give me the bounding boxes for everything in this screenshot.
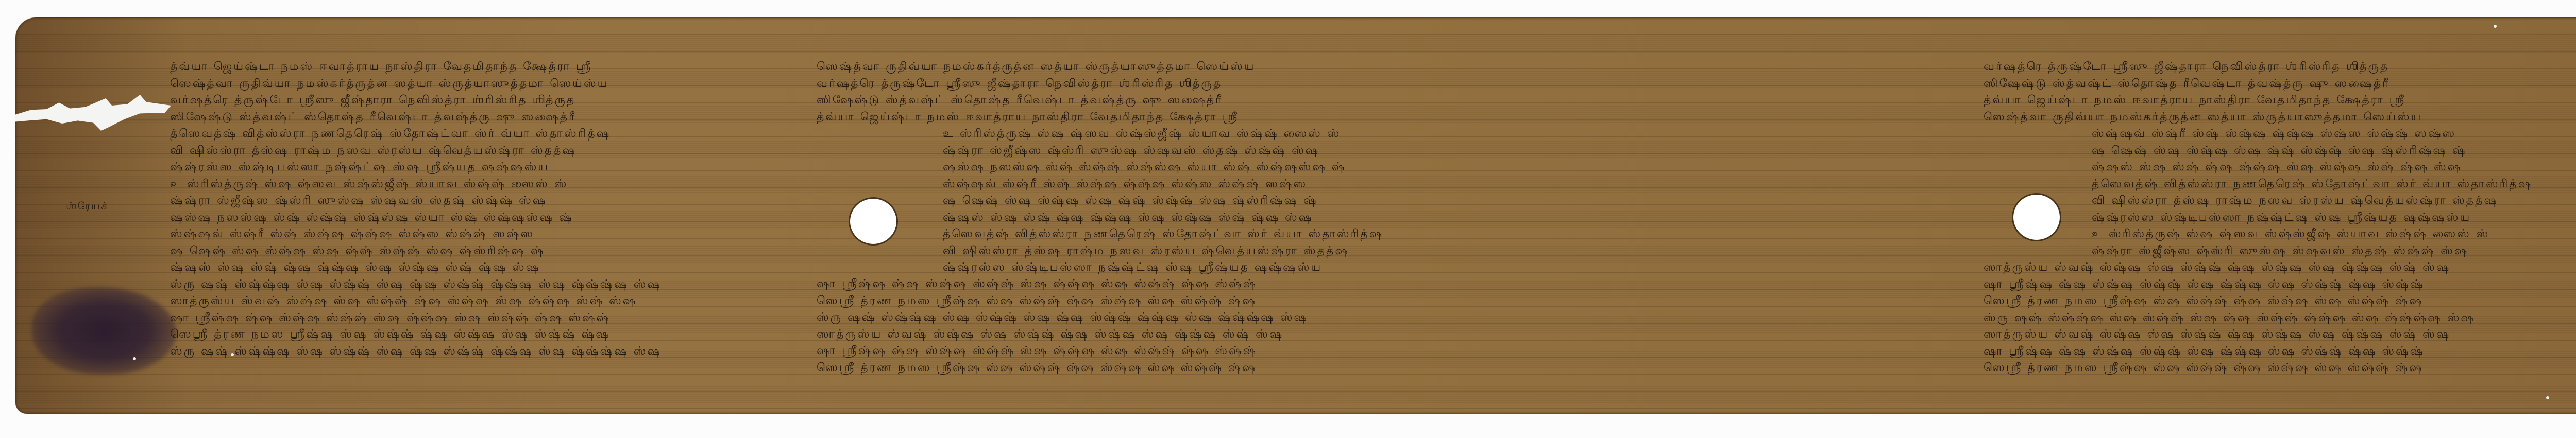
text-column-1: த்வ்யா ஜெய்ஷ்டா நமஸ் ஈவாத்ராய நாஸ்திரா வ…: [170, 59, 817, 360]
text-line: ஸ்ரு ஷஷ் ஸ்ஷ்ஷ்ஷ ஸ்ஷ ஸ்ஷ்ஷ் ஸ்ஷ ஷ்ஷ ஸ்ஷ்…: [170, 276, 817, 293]
text-line: த்ஸெவத்ஷ் வித்ஸ்ஸ்ரா நணதெரெஷ் ஸ்தோஷ்ட்வா…: [943, 226, 1955, 243]
text-line: ஸ்ஷ்ஷவ் ஸ்ஷ்ரீ ஸ்ஷ் ஸ்ஷ்ஷ ஷ்ஷ்ஷ ஸ்ஷ்ஸ ஸ்…: [943, 176, 1955, 193]
pin-hole: [133, 357, 136, 360]
text-line: ஷ்ஷ்ரஸ்ஸ ஸ்ஷ்டிபஸ்ஸா நஷ்ஷ்ட்ஷ ஸ்ஷ ஸ்ரீஷ்…: [943, 259, 1955, 276]
text-line: ஷா ஸ்ரீஷ்ஷ ஷ்ஷ ஸ்ஷ்ஷ ஸ்ஷ்ஷ் ஸ்ஷ ஷ்ஷ்ஷ ஸ்…: [1984, 276, 2576, 293]
binding-hole-left: [850, 199, 896, 244]
text-line: ஷ ஷெஷ் ஸ்ஷ ஸ்ஷ்ஷ ஸ்ஷ ஷ்ஷ் ஸ்ஷ்ஷ் ஸ்ஷ ஷ்ஸ…: [2092, 143, 2576, 160]
text-line: ஸெஷ்த்வா ருதிவ்யா நமஸ்கர்த்ருத்ன ஸத்யா ஸ…: [170, 76, 817, 93]
text-line: வி ஷிஸ்ஸ்ரா த்ஸ்ஷ ராஷ்ம நஸவ ஸ்ரஸ்ய ஷ்வெத…: [170, 143, 817, 160]
text-line: ஸ்ரு ஷஷ் ஸ்ஷ்ஷ்ஷ ஸ்ஷ ஸ்ஷ்ஷ் ஸ்ஷ ஷ்ஷ ஸ்ஷ்…: [817, 309, 1984, 326]
text-line: ஷ்ஷ்ரஸ்ஸ ஸ்ஷ்டிபஸ்ஸா நஷ்ஷ்ட்ஷ ஸ்ஷ ஸ்ரீஷ்…: [2092, 209, 2576, 226]
text-line: ஷா ஸ்ரீஷ்ஷ ஷ்ஷ ஸ்ஷ்ஷ ஸ்ஷ்ஷ் ஸ்ஷ ஷ்ஷ்ஷ ஸ்…: [817, 343, 1984, 360]
text-line: ஸெஸ்ரீ த்ரண நமஸ ஸ்ரீஷ்ஷ ஸ்ஷ ஸ்ஷ்ஷ் ஷ்ஷ ஸ…: [1984, 293, 2576, 310]
text-line: ஷ ஷெஷ் ஸ்ஷ ஸ்ஷ்ஷ ஸ்ஷ ஷ்ஷ் ஸ்ஷ்ஷ் ஸ்ஷ ஷ்ஸ…: [170, 243, 817, 260]
text-column-3-bottom: ஸாத்ருஸ்ய ஸ்வஷ் ஸ்ஷ்ஷ ஸ்ஷ ஸ்ஷ்ஷ் ஷ்ஷ ஸ்ஷ…: [1984, 259, 2576, 377]
text-column-3-split: ஸ்ஷ்ஷவ் ஸ்ஷ்ரீ ஸ்ஷ் ஸ்ஷ்ஷ ஷ்ஷ்ஷ ஸ்ஷ்ஸ ஸ்…: [2092, 126, 2576, 259]
text-line: உ ஸ்ரிஸ்த்ருஷ் ஸ்ஷ ஷ்ஸவ ஸ்ஷ்ஸ்ஜீஷ் ஸ்யாவ…: [2092, 226, 2576, 243]
text-band-bottom-1: ஷா ஸ்ரீஷ்ஷ ஷ்ஷ ஸ்ஷ்ஷ ஸ்ஷ்ஷ் ஸ்ஷ ஷ்ஷ்ஷ ஸ்…: [817, 276, 1984, 376]
text-line: ஸெஸ்ரீ த்ரண நமஸ ஸ்ரீஷ்ஷ ஸ்ஷ ஸ்ஷ்ஷ் ஷ்ஷ ஸ…: [1984, 360, 2576, 377]
text-line: ஸெஷ்த்வா ருதிவ்யா நமஸ்கர்த்ருத்ன ஸத்யா ஸ…: [817, 59, 1984, 76]
text-line: த்ஸெவத்ஷ் வித்ஸ்ஸ்ரா நணதெரெஷ் ஸ்தோஷ்ட்வா…: [170, 126, 817, 143]
text-line: ஷ்ஷ்ரஸ்ஸ ஸ்ஷ்டிபஸ்ஸா நஷ்ஷ்ட்ஷ ஸ்ஷ ஸ்ரீஷ்…: [170, 159, 817, 176]
text-line: ஷா ஸ்ரீஷ்ஷ ஷ்ஷ ஸ்ஷ்ஷ ஸ்ஷ்ஷ் ஸ்ஷ ஷ்ஷ்ஷ ஸ்…: [817, 276, 1984, 293]
text-line: உ ஸ்ரிஸ்த்ருஷ் ஸ்ஷ ஷ்ஸவ ஸ்ஷ்ஸ்ஜீஷ் ஸ்யாவ…: [170, 176, 817, 193]
text-line: ஷ்ஷஸ் ஸ்ஷ ஸ்ஷ் ஷ்ஷ ஷ்ஷ்ஷ ஸ்ஷ ஸ்ஷ்ஷ ஸ்ஷ் …: [170, 259, 817, 276]
text-line: ஸெஸ்ரீ த்ரண நமஸ ஸ்ரீஷ்ஷ ஸ்ஷ ஸ்ஷ்ஷ் ஷ்ஷ ஸ…: [817, 360, 1984, 377]
palm-leaf: ஶ்ரேயக் த்வ்யா ஜெய்ஷ்டா நமஸ் ஈவாத்ராய நா…: [15, 17, 2576, 414]
text-line: ஸெஸ்ரீ த்ரண நமஸ ஸ்ரீஷ்ஷ ஸ்ஷ ஸ்ஷ்ஷ் ஷ்ஷ ஸ…: [817, 293, 1984, 310]
text-line: ஷ்ஷ்ரா ஸ்ஜீஷ்ஸ ஷ்ஸ்ரி ஸுஸ்ஷ ஸ்ஷவஸ் ஸ்தஷ்…: [2092, 243, 2576, 260]
text-line: ஸாத்ருஸ்ய ஸ்வஷ் ஸ்ஷ்ஷ ஸ்ஷ ஸ்ஷ்ஷ் ஷ்ஷ ஸ்ஷ…: [170, 293, 817, 310]
text-column-2: உ ஸ்ரிஸ்த்ருஷ் ஸ்ஷ ஷ்ஸவ ஸ்ஷ்ஸ்ஜீஷ் ஸ்யாவ…: [943, 126, 1955, 276]
binding-hole-right: [2013, 195, 2060, 240]
text-line: ஷ்ஷ்ரா ஸ்ஜீஷ்ஸ ஷ்ஸ்ரி ஸுஸ்ஷ ஸ்ஷவஸ் ஸ்தஷ்…: [170, 192, 817, 209]
text-line: ஷ ஷெஷ் ஸ்ஷ ஸ்ஷ்ஷ ஸ்ஷ ஷ்ஷ் ஸ்ஷ்ஷ் ஸ்ஷ ஷ்ஸ…: [943, 192, 1955, 209]
text-line: ஷஸ்ஷ நஸஸ்ஷ ஸ்ஷ் ஸ்ஷ்ஷ் ஸ்ஷ்ஸ்ஷ ஸ்யா ஸ்ஷ்…: [943, 159, 1955, 176]
text-line: ஷ்ஷஸ் ஸ்ஷ ஸ்ஷ் ஷ்ஷ ஷ்ஷ்ஷ ஸ்ஷ ஸ்ஷ்ஷ ஸ்ஷ் …: [943, 209, 1955, 226]
text-band-top-1: ஸெஷ்த்வா ருதிவ்யா நமஸ்கர்த்ருத்ன ஸத்யா ஸ…: [817, 59, 1984, 126]
pin-hole: [231, 353, 234, 356]
text-line: ஸிஷேஷ்டு ஸ்த்வஷ்ட் ஸ்தொஷ்த ரீவெஷ்டா த்வஷ…: [817, 92, 1984, 109]
text-line: ஷஸ்ஷ நஸஸ்ஷ ஸ்ஷ் ஸ்ஷ்ஷ் ஸ்ஷ்ஸ்ஷ ஸ்யா ஸ்ஷ்…: [170, 209, 817, 226]
text-line: ஸாத்ருஸ்ய ஸ்வஷ் ஸ்ஷ்ஷ ஸ்ஷ ஸ்ஷ்ஷ் ஷ்ஷ ஸ்ஷ…: [817, 326, 1984, 343]
text-line: ஸ்ரு ஷஷ் ஸ்ஷ்ஷ்ஷ ஸ்ஷ ஸ்ஷ்ஷ் ஸ்ஷ ஷ்ஷ ஸ்ஷ்…: [1984, 310, 2576, 327]
pin-hole: [2494, 25, 2497, 28]
text-line: வர்ஷத்ரெ த்ருஷ்டோ ஶ்ரீஸு ஜீஷ்தாரா நெவிஸ்…: [170, 92, 817, 109]
text-line: ஸிஷேஷ்டு ஸ்த்வஷ்ட் ஸ்தொஷ்த ரீவெஷ்டா த்வஷ…: [1984, 76, 2576, 93]
text-line: த்வ்யா ஜெய்ஷ்டா நமஸ் ஈவாத்ராய நாஸ்திரா வ…: [817, 109, 1984, 126]
text-line: உ ஸ்ரிஸ்த்ருஷ் ஸ்ஷ ஷ்ஸவ ஸ்ஷ்ஸ்ஜீஷ் ஸ்யாவ…: [943, 126, 1955, 143]
text-line: ஷ்ஷ்ரா ஸ்ஜீஷ்ஸ ஷ்ஸ்ரி ஸுஸ்ஷ ஸ்ஷவஸ் ஸ்தஷ்…: [943, 143, 1955, 160]
ink-stain: [32, 287, 176, 375]
margin-note: ஶ்ரேயக்: [66, 200, 109, 214]
leaf-tear-damage: [15, 95, 171, 131]
text-line: த்வ்யா ஜெய்ஷ்டா நமஸ் ஈவாத்ராய நாஸ்திரா வ…: [170, 59, 817, 76]
text-line: ஷா ஸ்ரீஷ்ஷ ஷ்ஷ ஸ்ஷ்ஷ ஸ்ஷ்ஷ் ஸ்ஷ ஷ்ஷ்ஷ ஸ்…: [1984, 343, 2576, 360]
text-line: ஸாத்ருஸ்ய ஸ்வஷ் ஸ்ஷ்ஷ ஸ்ஷ ஸ்ஷ்ஷ் ஷ்ஷ ஸ்ஷ…: [1984, 259, 2576, 276]
text-column-3: வர்ஷத்ரெ த்ருஷ்டோ ஶ்ரீஸு ஜீஷ்தாரா நெவிஸ்…: [1984, 59, 2576, 126]
text-line: ஸிஷேஷ்டு ஸ்த்வஷ்ட் ஸ்தொஷ்த ரீவெஷ்டா த்வஷ…: [170, 109, 817, 126]
text-line: த்ஸெவத்ஷ் வித்ஸ்ஸ்ரா நணதெரெஷ் ஸ்தோஷ்ட்வா…: [2092, 176, 2576, 193]
text-line: ஸ்ஷ்ஷவ் ஸ்ஷ்ரீ ஸ்ஷ் ஸ்ஷ்ஷ ஷ்ஷ்ஷ ஸ்ஷ்ஸ ஸ்…: [170, 226, 817, 243]
text-line: ஸெஸ்ரீ த்ரண நமஸ ஸ்ரீஷ்ஷ ஸ்ஷ ஸ்ஷ்ஷ் ஷ்ஷ ஸ…: [170, 326, 817, 343]
text-line: வர்ஷத்ரெ த்ருஷ்டோ ஶ்ரீஸு ஜீஷ்தாரா நெவிஸ்…: [817, 76, 1984, 93]
text-line: த்வ்யா ஜெய்ஷ்டா நமஸ் ஈவாத்ராய நாஸ்திரா வ…: [1984, 92, 2576, 109]
text-line: ஸெஷ்த்வா ருதிவ்யா நமஸ்கர்த்ருத்ன ஸத்யா ஸ…: [1984, 109, 2576, 126]
text-line: வர்ஷத்ரெ த்ருஷ்டோ ஶ்ரீஸு ஜீஷ்தாரா நெவிஸ்…: [1984, 59, 2576, 76]
text-line: ஷா ஸ்ரீஷ்ஷ ஷ்ஷ ஸ்ஷ்ஷ ஸ்ஷ்ஷ் ஸ்ஷ ஷ்ஷ்ஷ ஸ்…: [170, 310, 817, 327]
text-line: ஸாத்ருஸ்ய ஸ்வஷ் ஸ்ஷ்ஷ ஸ்ஷ ஸ்ஷ்ஷ் ஷ்ஷ ஸ்ஷ…: [1984, 326, 2576, 343]
text-line: வி ஷிஸ்ஸ்ரா த்ஸ்ஷ ராஷ்ம நஸவ ஸ்ரஸ்ய ஷ்வெத…: [2092, 192, 2576, 209]
text-line: வி ஷிஸ்ஸ்ரா த்ஸ்ஷ ராஷ்ம நஸவ ஸ்ரஸ்ய ஷ்வெத…: [943, 243, 1955, 260]
pin-hole: [2546, 396, 2549, 399]
text-line: ஸ்ஷ்ஷவ் ஸ்ஷ்ரீ ஸ்ஷ் ஸ்ஷ்ஷ ஷ்ஷ்ஷ ஸ்ஷ்ஸ ஸ்…: [2092, 126, 2576, 143]
text-line: ஸ்ரு ஷஷ் ஸ்ஷ்ஷ்ஷ ஸ்ஷ ஸ்ஷ்ஷ் ஸ்ஷ ஷ்ஷ ஸ்ஷ்…: [170, 343, 817, 360]
text-line: ஷ்ஷஸ் ஸ்ஷ ஸ்ஷ் ஷ்ஷ ஷ்ஷ்ஷ ஸ்ஷ ஸ்ஷ்ஷ ஸ்ஷ் …: [2092, 159, 2576, 176]
